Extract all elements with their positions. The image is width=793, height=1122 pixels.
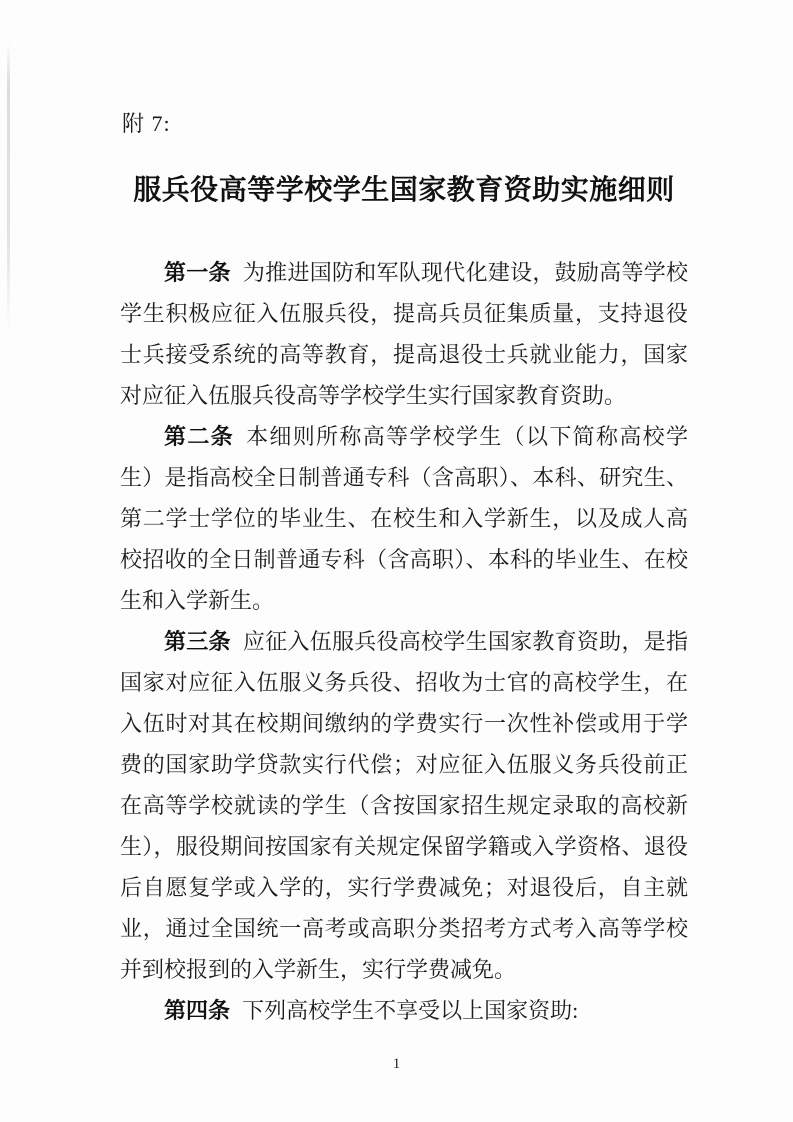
article-text: 应征入伍服兵役高校学生国家教育资助，是指国家对应征入伍服义务兵役、招收为士官的高…: [120, 629, 688, 982]
article-number: 第四条: [164, 998, 242, 1023]
document-body: 第一条为推进国防和军队现代化建设，鼓励高等学校学生积极应征入伍服兵役，提高兵员征…: [120, 252, 688, 1031]
article-number: 第一条: [164, 260, 243, 285]
article-number: 第三条: [164, 629, 243, 654]
article-text: 本细则所称高等学校学生（以下简称高校学生）是指高校全日制普通专科（含高职）、本科…: [120, 424, 688, 613]
article-paragraph-3: 第三条应征入伍服兵役高校学生国家教育资助，是指国家对应征入伍服义务兵役、招收为士…: [120, 621, 688, 990]
page-number: 1: [0, 1056, 793, 1073]
document-page: 附 7: 服兵役高等学校学生国家教育资助实施细则 第一条为推进国防和军队现代化建…: [0, 0, 793, 1122]
article-paragraph-1: 第一条为推进国防和军队现代化建设，鼓励高等学校学生积极应征入伍服兵役，提高兵员征…: [120, 252, 688, 416]
document-title: 服兵役高等学校学生国家教育资助实施细则: [112, 168, 696, 208]
article-text: 下列高校学生不享受以上国家资助:: [242, 998, 578, 1023]
scan-edge-artifact: [7, 42, 10, 332]
article-paragraph-4: 第四条下列高校学生不享受以上国家资助:: [120, 990, 688, 1031]
attachment-label: 附 7:: [122, 108, 171, 140]
article-number: 第二条: [164, 424, 246, 449]
article-paragraph-2: 第二条本细则所称高等学校学生（以下简称高校学生）是指高校全日制普通专科（含高职）…: [120, 416, 688, 621]
